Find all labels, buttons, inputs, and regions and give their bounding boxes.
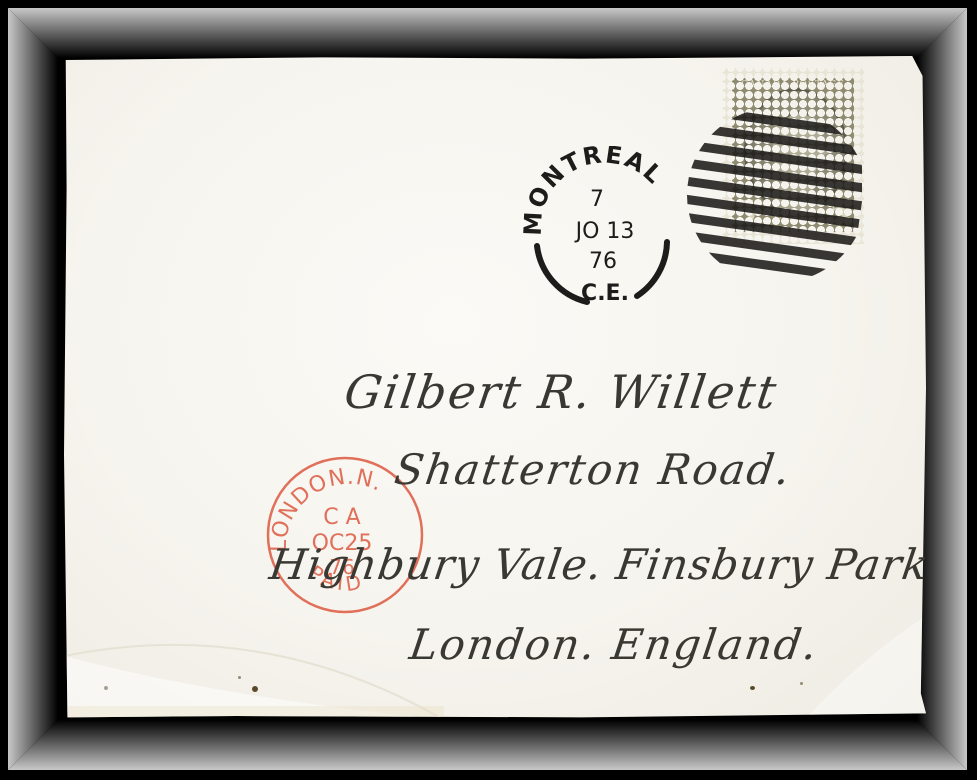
foxing-spot [800, 682, 803, 685]
montreal-hour: 7 [590, 187, 604, 212]
montreal-province: C.E. [581, 281, 629, 306]
foxing-spot [238, 676, 241, 679]
address-district: Highbury Vale. Finsbury Park [267, 540, 933, 589]
duplex-barred-cancel [672, 100, 862, 290]
stamp-country-text: CANADA POSTAGE [732, 80, 854, 90]
montreal-postmark: MONTREAL 7 JO 13 76 C.E. [517, 146, 687, 312]
foxing-spot [104, 686, 108, 690]
address-street: Shatterton Road. [392, 445, 795, 494]
foxing-spot [252, 686, 258, 692]
address-city-country: London. England. [407, 620, 822, 669]
montreal-year: 76 [589, 249, 617, 274]
london-code: C A [323, 505, 360, 530]
montreal-date: JO 13 [574, 219, 635, 244]
address-name: Gilbert R. Willett [341, 365, 781, 419]
foxing-spot [750, 686, 755, 690]
